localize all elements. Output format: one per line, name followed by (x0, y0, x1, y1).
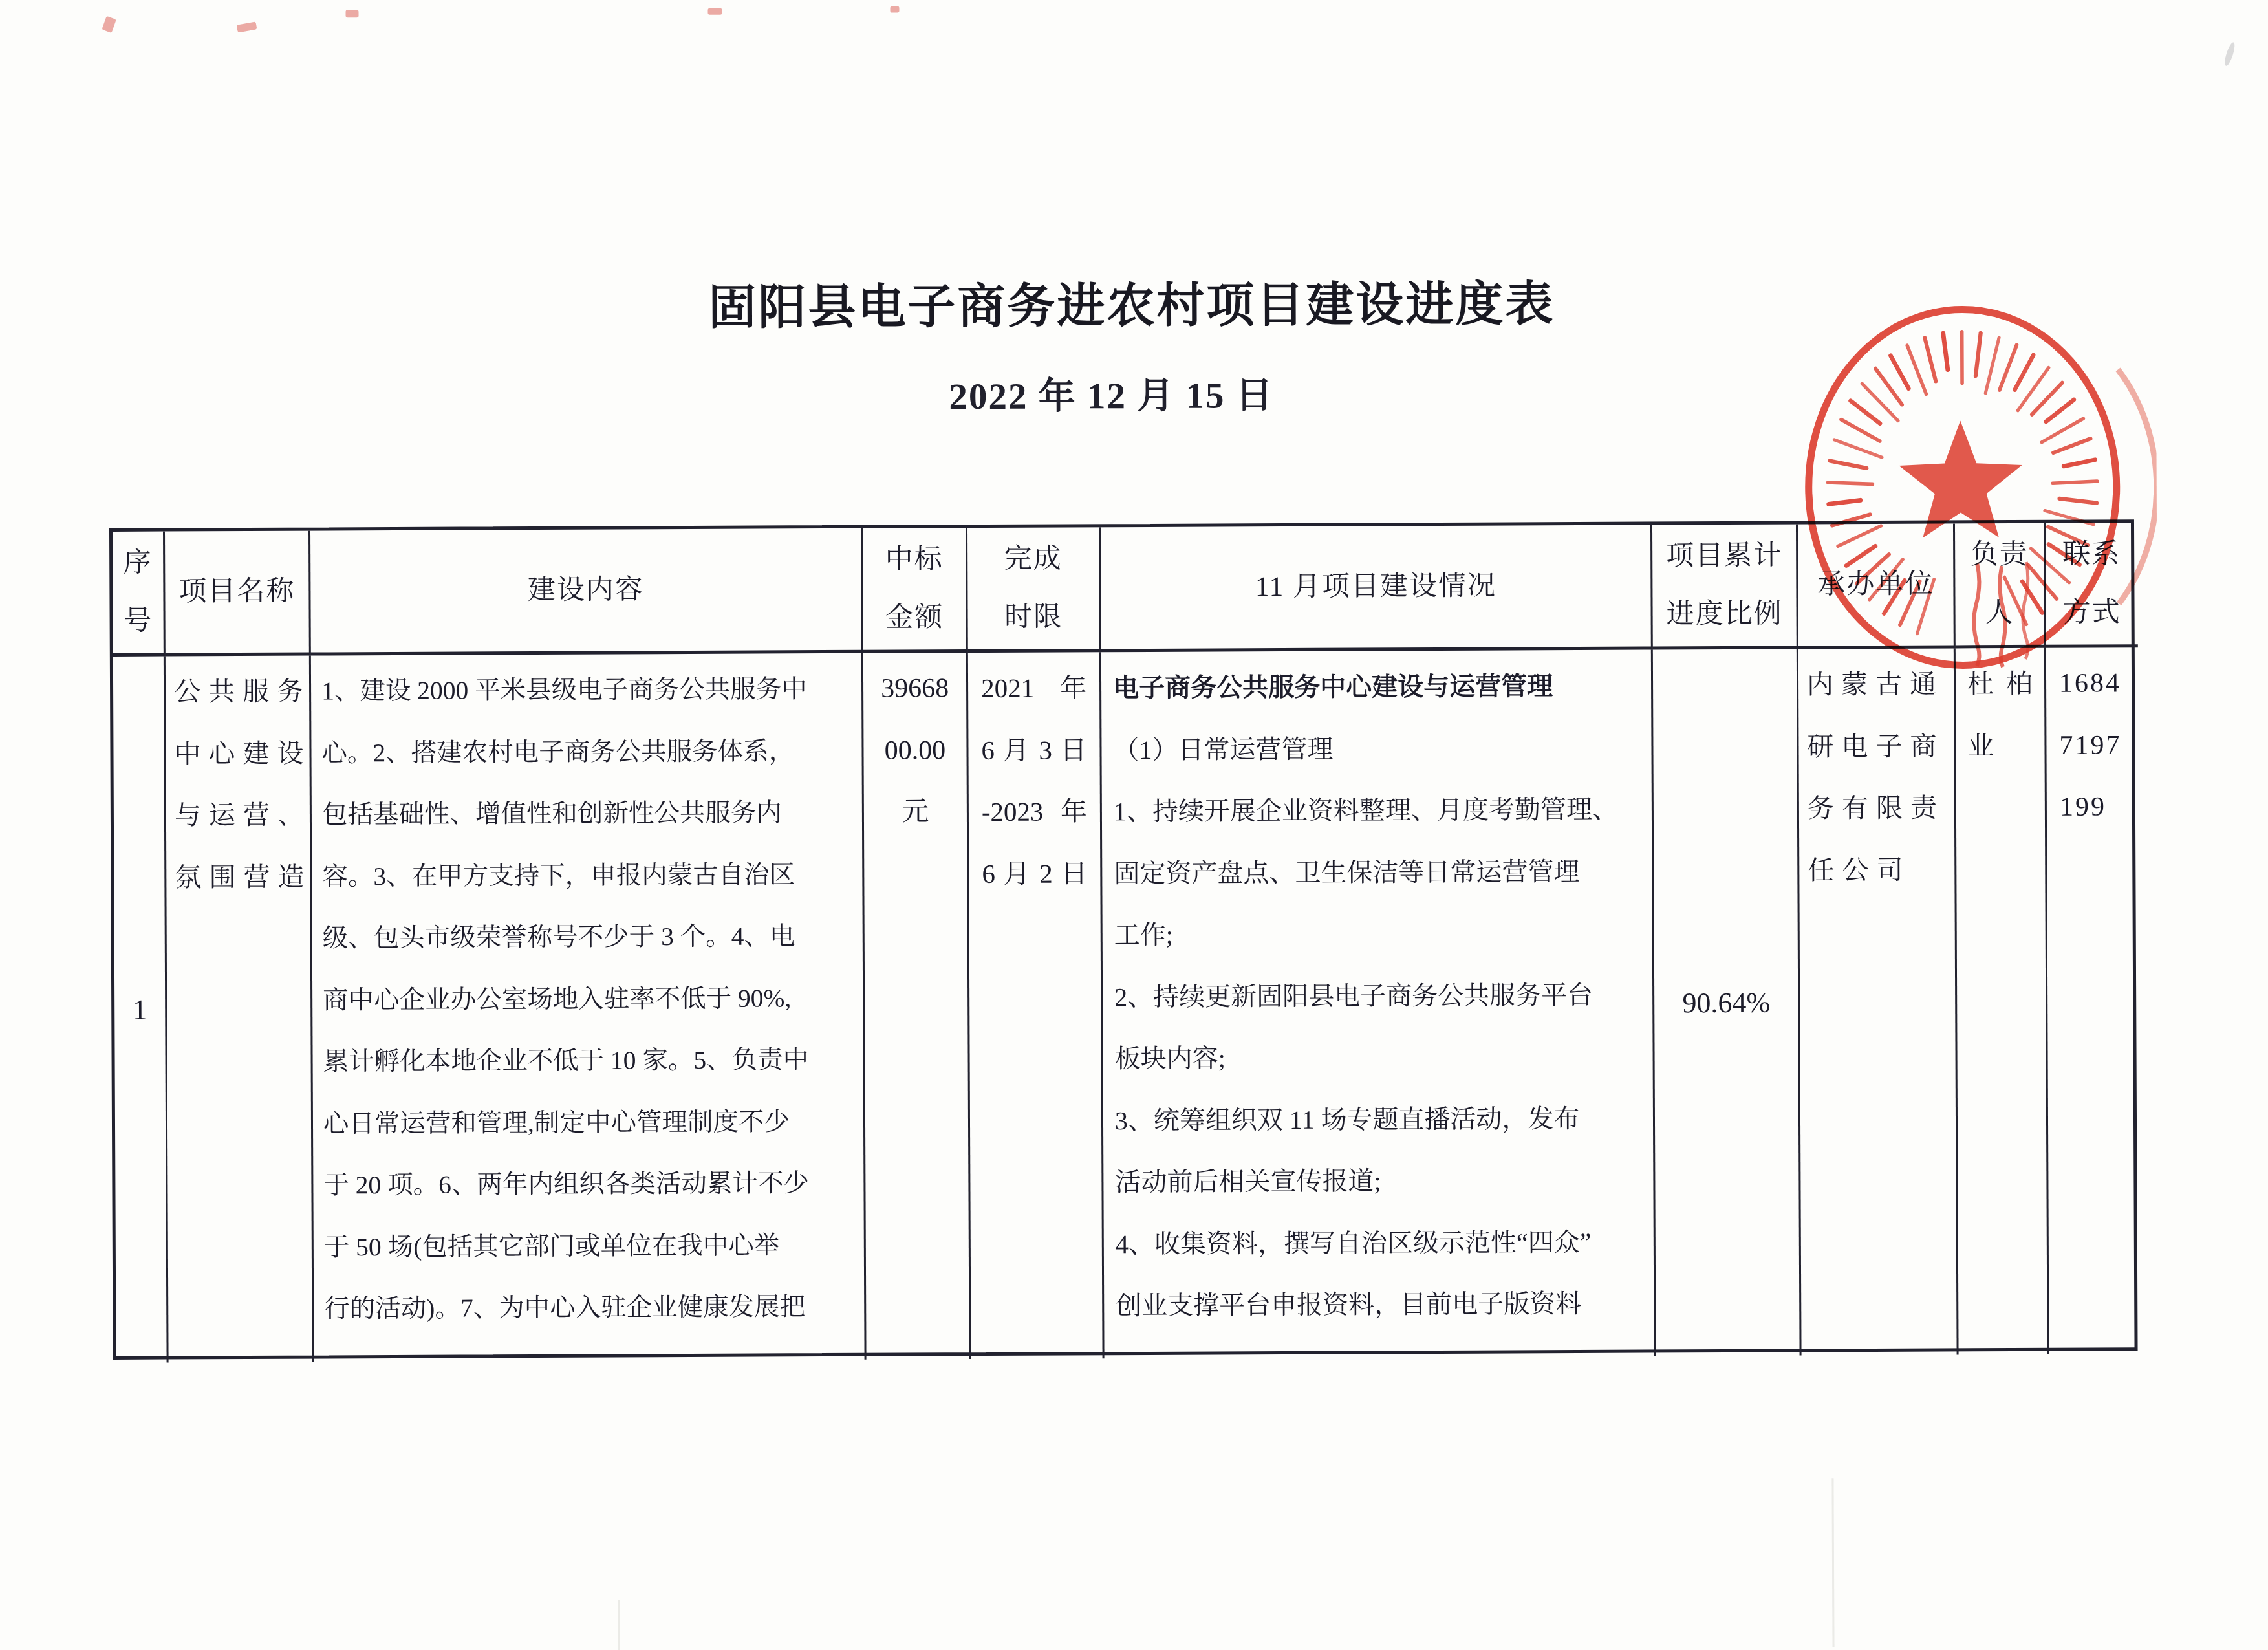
contact-line: 199 (2047, 776, 2139, 838)
construction-line: 包括基础性、增值性和创新性公共服务内 (322, 782, 857, 846)
header-contact: 联系 方式 (2046, 523, 2138, 648)
scan-fleck (707, 8, 722, 15)
november-status-line: 2、持续更新固阳县电子商务公共服务平台 (1114, 964, 1647, 1028)
november-status-line: 固定资产盘点、卫生保洁等日常运营管理 (1114, 840, 1647, 904)
contact-line: 7197 (2046, 715, 2138, 777)
progress-table: 序 号 项目名称 建设内容 中标 金额 完成 时限 11 月项目建设情况 项目累… (109, 519, 2138, 1360)
november-status-line: 3、统筹组织双 11 场专题直播活动，发布 (1115, 1087, 1648, 1151)
cell-seq: 1 (113, 657, 169, 1363)
november-status-line: 1、持续开展企业资料整理、月度考勤管理、 (1114, 779, 1647, 843)
project-name-line: 中心建设 (166, 722, 309, 785)
scan-fleck (345, 10, 358, 17)
construction-line: 累计孵化本地企业不低于 10 家。5、负责中 (323, 1029, 858, 1093)
cell-bid-amount: 39668 00.00 元 (863, 653, 971, 1360)
november-status-line: （1）日常运营管理 (1113, 717, 1646, 781)
cell-person: 杜 柏 业 (1956, 648, 2049, 1355)
unit-line: 研电子商 (1798, 715, 1954, 778)
header-person: 负责 人 (1955, 523, 2046, 649)
cell-deadline: 2021 年 6 月 3 日 -2023 年 6 月 2 日 (968, 652, 1105, 1359)
unit-line: 内蒙古通 (1798, 653, 1954, 716)
header-november-label: 11 月项目建设情况 (1255, 558, 1497, 617)
construction-line: 行的活动)。7、为中心入驻企业健康发展把 (324, 1276, 859, 1340)
header-contact-line1: 联系 (2062, 525, 2121, 583)
project-name-line: 氛围营造 (166, 846, 310, 908)
november-status-line: 活动前后相关宣传报道; (1115, 1149, 1648, 1213)
header-construction-content: 建设内容 (310, 528, 863, 656)
header-progress-line1: 项目累计 (1666, 527, 1782, 586)
construction-line: 1、建设 2000 平米县级电子商务公共服务中 (321, 658, 856, 722)
scan-smudge (2223, 41, 2236, 67)
november-status-line: 创业支撑平台申报资料，目前电子版资料 (1116, 1273, 1648, 1337)
scan-crease (1831, 1478, 1834, 1647)
header-unit: 承办单位 (1798, 523, 1956, 649)
header-project-name: 项目名称 (165, 531, 311, 657)
deadline-line: 6 月 3 日 (968, 719, 1099, 781)
bid-amount-line: 00.00 (863, 720, 966, 782)
header-november-status: 11 月项目建设情况 (1101, 525, 1653, 652)
deadline-line: -2023 年 (969, 781, 1100, 843)
project-name-line: 与运营、 (166, 785, 310, 847)
unit-line: 务有限责 (1799, 777, 1954, 840)
header-deadline: 完成 时限 (967, 527, 1101, 653)
cell-project-name: 公共服务 中心建设 与运营、 氛围营造 (166, 656, 314, 1363)
header-construction-content-label: 建设内容 (528, 561, 644, 620)
header-bid-amount: 中标 金额 (863, 528, 968, 653)
header-progress-line2: 进度比例 (1666, 585, 1782, 644)
header-person-line2: 人 (1985, 584, 2014, 642)
header-deadline-line1: 完成 (1004, 530, 1063, 588)
cell-construction-content: 1、建设 2000 平米县级电子商务公共服务中 心。2、搭建农村电子商务公共服务… (311, 653, 867, 1362)
header-progress: 项目累计 进度比例 (1652, 525, 1798, 650)
header-seq-line1: 序 (124, 534, 153, 592)
cell-unit: 内蒙古通 研电子商 务有限责 任公司 (1798, 648, 1959, 1355)
scanned-document-sheet: 固阳县电子商务进农村项目建设进度表 2022 年 12 月 15 日 序 号 项… (0, 0, 2268, 1650)
construction-line: 级、包头市级荣誉称号不少于 3 个。4、电 (323, 906, 858, 970)
scan-fleck (890, 6, 899, 13)
header-seq-line2: 号 (124, 592, 153, 651)
header-bid-line1: 中标 (885, 530, 944, 589)
scan-fleck (237, 21, 257, 32)
header-contact-line2: 方式 (2062, 583, 2121, 642)
deadline-line: 6 月 2 日 (969, 843, 1100, 905)
person-line: 业 (1956, 715, 2044, 777)
construction-line: 心。2、搭建农村电子商务公共服务体系， (321, 720, 856, 784)
header-person-line1: 负责 (1970, 526, 2028, 584)
construction-line: 心日常运营和管理,制定中心管理制度不少 (323, 1091, 858, 1155)
row-seq-value: 1 (133, 993, 147, 1026)
project-name-line: 公共服务 (166, 661, 309, 723)
cell-november-status: 电子商务公共服务中心建设与运营管理 （1）日常运营管理 1、持续开展企业资料整理… (1101, 649, 1656, 1358)
header-seq: 序 号 (113, 532, 166, 657)
contact-line: 1684 (2046, 653, 2138, 715)
bid-amount-line: 39668 (863, 658, 966, 720)
construction-line: 商中心企业办公室场地入驻率不低于 90%, (323, 967, 858, 1031)
cell-contact: 1684 7197 199 (2046, 647, 2141, 1354)
november-status-line: 4、收集资料，撰写自治区级示范性“四众” (1116, 1211, 1648, 1275)
header-unit-label: 承办单位 (1817, 556, 1934, 614)
unit-line: 任公司 (1799, 839, 1954, 902)
november-status-title: 电子商务公共服务中心建设与运营管理 (1113, 655, 1646, 719)
header-project-name-label: 项目名称 (178, 563, 295, 622)
november-status-line: 板块内容; (1114, 1026, 1647, 1090)
cell-progress: 90.64% (1653, 649, 1802, 1356)
document-title: 固阳县电子商务进农村项目建设进度表 (0, 263, 2266, 341)
scan-crease (618, 1600, 620, 1650)
construction-line: 容。3、在甲方支持下，申报内蒙古自治区 (322, 843, 857, 907)
construction-line: 于 20 项。6、两年内组织各类活动累计不少 (323, 1153, 858, 1217)
construction-line: 于 50 场(包括其它部门或单位在我中心举 (324, 1214, 859, 1278)
header-bid-line2: 金额 (885, 589, 944, 647)
bid-amount-line: 元 (864, 781, 967, 843)
deadline-line: 2021 年 (968, 657, 1099, 719)
person-line: 杜 柏 (1956, 653, 2044, 715)
scan-fleck (102, 16, 116, 33)
november-status-line: 工作; (1114, 902, 1647, 966)
header-deadline-line2: 时限 (1004, 588, 1063, 646)
progress-value: 90.64% (1682, 986, 1770, 1019)
document-date: 2022 年 12 月 15 日 (0, 361, 2245, 424)
